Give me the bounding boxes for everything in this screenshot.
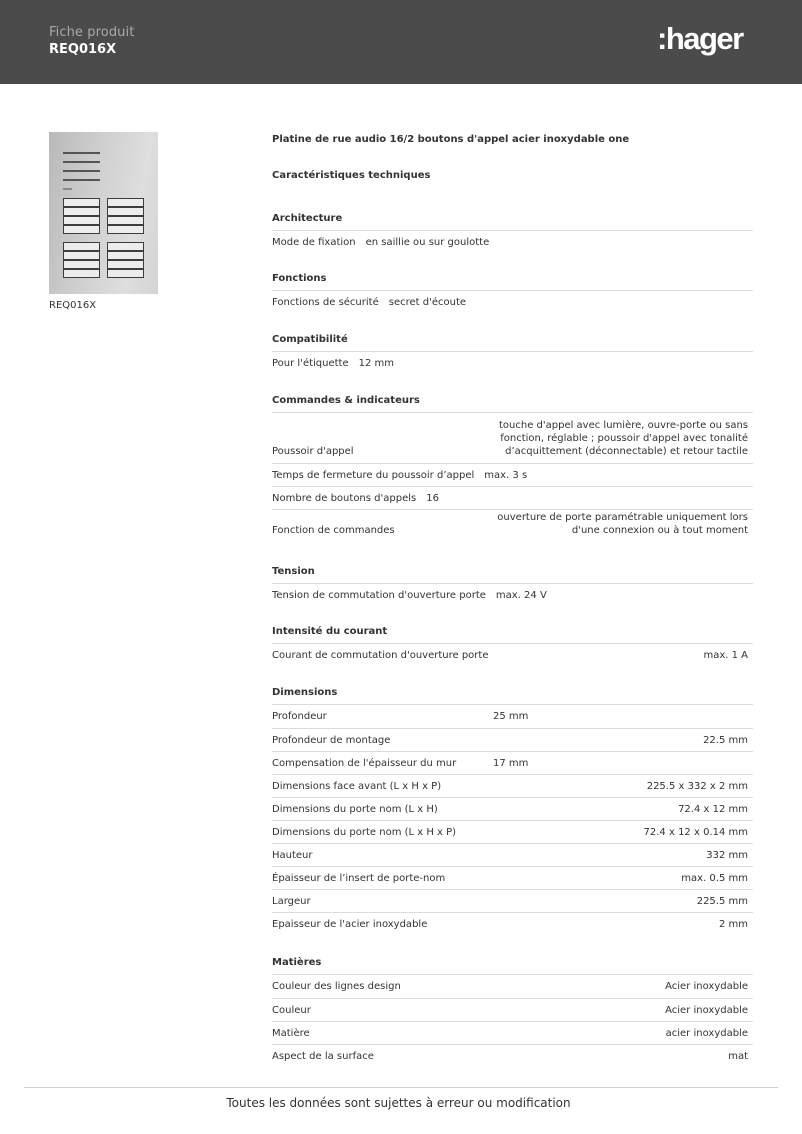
spec-value: 16 (426, 493, 439, 504)
spec-label: Mode de fixation (272, 237, 356, 248)
spec-value: mat (728, 1045, 748, 1068)
spec-section-architecture: ArchitectureMode de fixationen saillie o… (272, 212, 753, 254)
spec-value: max. 0.5 mm (681, 867, 748, 890)
spec-row: Dimensions du porte nom (L x H)72.4 x 12… (272, 797, 753, 820)
product-title: Platine de rue audio 16/2 boutons d'appe… (272, 134, 629, 145)
spec-row: Pour l'étiquette12 mm (272, 352, 753, 375)
footer-divider (24, 1087, 778, 1088)
call-button-slot (107, 198, 144, 207)
section-heading: Fonctions (272, 272, 753, 291)
spec-value: 225.5 x 332 x 2 mm (647, 775, 748, 798)
spec-label: Epaisseur de l'acier inoxydable (272, 919, 427, 930)
spec-label: Couleur (272, 1005, 311, 1016)
spec-section-fonctions: FonctionsFonctions de sécuritésecret d'é… (272, 272, 753, 314)
spec-label: Fonctions de sécurité (272, 297, 379, 308)
spec-value: ouverture de porte paramétrable uniqueme… (395, 511, 753, 537)
product-code: REQ016X (49, 42, 116, 57)
spec-label: Poussoir d'appel (272, 445, 354, 458)
spec-section-compatibilite: CompatibilitéPour l'étiquette12 mm (272, 333, 753, 375)
call-button-slot (107, 260, 144, 269)
call-button-slot (63, 269, 100, 278)
call-button-slot (107, 251, 144, 260)
spec-row: Couleur des lignes designAcier inoxydabl… (272, 975, 753, 998)
document-type-label: Fiche produit (49, 25, 134, 40)
call-button-slot (63, 216, 100, 225)
spec-row: Dimensions du porte nom (L x H x P)72.4 … (272, 820, 753, 843)
section-heading: Tension (272, 565, 753, 584)
spec-row: Dimensions face avant (L x H x P)225.5 x… (272, 774, 753, 797)
panel-brand-mark (63, 188, 72, 190)
spec-value: 12 mm (359, 358, 394, 369)
spec-section-intensite-du-courant: Intensité du courantCourant de commutati… (272, 625, 753, 667)
call-button-slot (107, 269, 144, 278)
spec-label: Couleur des lignes design (272, 981, 401, 992)
spec-row: Epaisseur de l'acier inoxydable2 mm (272, 912, 753, 935)
spec-row: Compensation de l'épaisseur du mur17 mm (272, 751, 753, 774)
spec-row: Temps de fermeture du poussoir d’appelma… (272, 463, 753, 486)
spec-value: en saillie ou sur goulotte (366, 237, 490, 248)
call-button-slot (63, 225, 100, 234)
spec-value: 72.4 x 12 x 0.14 mm (644, 821, 748, 844)
spec-label: Profondeur (272, 711, 327, 722)
spec-value: max. 1 A (703, 644, 748, 667)
spec-section-matieres: MatièresCouleur des lignes designAcier i… (272, 956, 753, 1067)
spec-row: CouleurAcier inoxydable (272, 998, 753, 1021)
spec-row: Fonctions de sécuritésecret d'écoute (272, 291, 753, 314)
spec-section-tension: TensionTension de commutation d'ouvertur… (272, 565, 753, 607)
spec-row: Mode de fixationen saillie ou sur goulot… (272, 231, 753, 254)
section-heading: Compatibilité (272, 333, 753, 352)
spec-row: Aspect de la surfacemat (272, 1044, 753, 1067)
spec-label: Hauteur (272, 850, 313, 861)
spec-value: Acier inoxydable (665, 975, 748, 998)
spec-label: Pour l'étiquette (272, 358, 349, 369)
footer-disclaimer: Toutes les données sont sujettes à erreu… (0, 1096, 797, 1110)
spec-value: secret d'écoute (389, 297, 466, 308)
panel-design-line (63, 170, 100, 172)
hager-logo: :hager (657, 19, 743, 59)
call-button-slot (63, 260, 100, 269)
spec-row: Nombre de boutons d'appels16 (272, 486, 753, 509)
spec-row: Épaisseur de l’insert de porte-nommax. 0… (272, 866, 753, 889)
spec-label: Matière (272, 1028, 310, 1039)
product-image-caption: REQ016X (49, 300, 96, 311)
spec-label: Profondeur de montage (272, 735, 390, 746)
spec-value: 332 mm (706, 844, 748, 867)
spec-label: Nombre de boutons d'appels (272, 493, 416, 504)
section-heading: Intensité du courant (272, 625, 753, 644)
section-heading: Dimensions (272, 686, 753, 705)
spec-label: Courant de commutation d'ouverture porte (272, 650, 488, 661)
spec-row: Profondeur25 mm (272, 705, 753, 728)
spec-row: Courant de commutation d'ouverture porte… (272, 644, 753, 667)
spec-section-dimensions: DimensionsProfondeur25 mmProfondeur de m… (272, 686, 753, 935)
call-button-slot (107, 225, 144, 234)
spec-value: 72.4 x 12 mm (678, 798, 748, 821)
section-heading: Architecture (272, 212, 753, 231)
spec-label: Fonction de commandes (272, 524, 395, 537)
spec-label: Compensation de l'épaisseur du mur (272, 758, 456, 769)
call-button-slot (107, 242, 144, 251)
spec-row: Tension de commutation d'ouverture porte… (272, 584, 753, 607)
spec-value: max. 24 V (496, 590, 547, 601)
call-button-slot (63, 251, 100, 260)
panel-design-line (63, 179, 100, 181)
product-image (49, 132, 158, 294)
spec-value: acier inoxydable (666, 1022, 748, 1045)
panel-design-line (63, 161, 100, 163)
spec-row: Fonction de commandesouverture de porte … (272, 509, 753, 542)
spec-section-commandes-indicateurs: Commandes & indicateursPoussoir d'appelt… (272, 394, 753, 542)
spec-label: Épaisseur de l’insert de porte-nom (272, 873, 445, 884)
spec-value: 25 mm (493, 705, 528, 728)
spec-label: Aspect de la surface (272, 1051, 374, 1062)
call-button-slot (63, 198, 100, 207)
call-button-slot (63, 242, 100, 251)
spec-value: touche d'appel avec lumière, ouvre-porte… (354, 419, 753, 458)
spec-row: Hauteur332 mm (272, 843, 753, 866)
call-button-slot (107, 207, 144, 216)
section-heading: Commandes & indicateurs (272, 394, 753, 413)
spec-row: Largeur225.5 mm (272, 889, 753, 912)
spec-label: Dimensions du porte nom (L x H) (272, 804, 438, 815)
spec-row: Poussoir d'appeltouche d'appel avec lumi… (272, 413, 753, 463)
spec-label: Temps de fermeture du poussoir d’appel (272, 470, 474, 481)
spec-value: Acier inoxydable (665, 999, 748, 1022)
spec-value: 22.5 mm (703, 729, 748, 752)
call-button-slot (107, 216, 144, 225)
spec-label: Largeur (272, 896, 311, 907)
section-heading: Matières (272, 956, 753, 975)
characteristics-heading: Caractéristiques techniques (272, 170, 430, 181)
spec-value: 225.5 mm (697, 890, 748, 913)
spec-row: Profondeur de montage22.5 mm (272, 728, 753, 751)
panel-design-line (63, 152, 100, 154)
spec-label: Dimensions face avant (L x H x P) (272, 781, 441, 792)
spec-label: Dimensions du porte nom (L x H x P) (272, 827, 456, 838)
spec-value: 17 mm (493, 752, 528, 775)
spec-row: Matièreacier inoxydable (272, 1021, 753, 1044)
spec-value: max. 3 s (484, 470, 527, 481)
call-button-slot (63, 207, 100, 216)
spec-value: 2 mm (719, 913, 748, 936)
spec-label: Tension de commutation d'ouverture porte (272, 590, 486, 601)
page-header: Fiche produit REQ016X :hager (0, 0, 802, 84)
